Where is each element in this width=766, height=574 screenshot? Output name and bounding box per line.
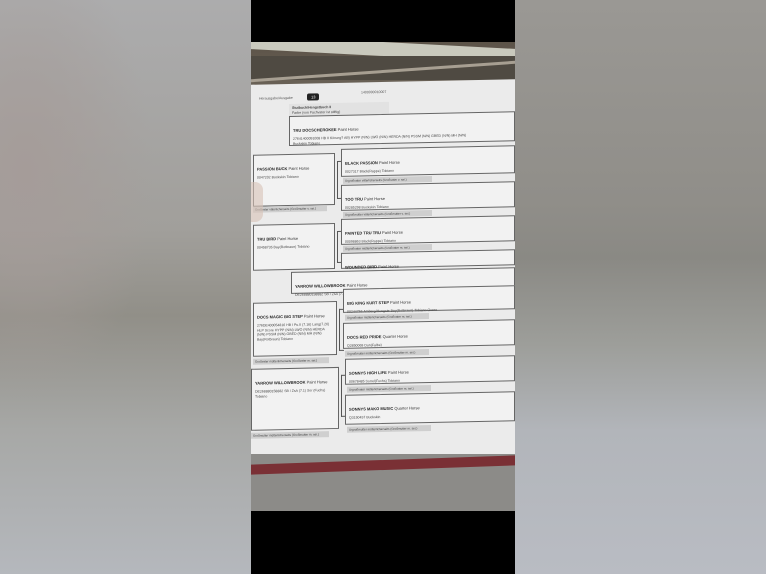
sire-details: 0047202 Buckskin Tobiano	[257, 174, 331, 180]
main-horse-box: TRU DOCSCHEROKEE Paint Horse 27641400091…	[289, 111, 515, 146]
dam-line-dam-name: YARROW WILLOWBROOK	[255, 380, 307, 386]
sire-dam-name: TOO TRU	[345, 196, 364, 201]
dam-line-dam-dam-breed: Quarter Horse	[394, 405, 419, 411]
dam-line-dam-details: DE268880158882 SB / ZsA (7.1) Sor (Fuchs…	[255, 388, 335, 399]
sire-line-dam-name: TRU BIRD	[257, 236, 277, 241]
dam-line-sire-dam-name: DOCS RED PRIDE	[347, 334, 383, 340]
dam-line-dam-dam-label: Urgroßmutter mütterlicherseits (Großmutt…	[347, 425, 431, 433]
dam-line-sire-name: DOCS MAGIC BIG STEP	[257, 314, 304, 320]
dam-line-dam-dam-name: SONNYS MAKO MUSIC	[349, 406, 394, 412]
dam-breed: Paint Horse	[347, 282, 368, 287]
pedigree-document: Herausgabe/Ausgabe 13 1400000010007 Stut…	[251, 79, 515, 495]
dam-line-sire-dam-details: Q2850069 Dun(Falbe)	[347, 340, 511, 348]
dam-name: YARROW WILLOWBROOK	[295, 283, 347, 289]
dam-line-dam-sire-name: SONNYS HIGH LIFE	[349, 370, 388, 376]
dam-line-dam-sire-breed: Paint Horse	[388, 369, 409, 374]
dam-line-sire-box: DOCS MAGIC BIG STEP Paint Horse 276DE400…	[253, 301, 337, 357]
dam-line-dam-label: Großmutter mütterlicherseits (Großmutter…	[251, 431, 329, 439]
sire-dam-breed: Paint Horse	[364, 196, 385, 201]
sire-dam-box: TOO TRU Paint Horse 00285298 Buckskin To…	[341, 181, 515, 211]
header-badge: 13	[307, 93, 319, 100]
sire-sire-name: BLACK PASSION	[345, 160, 379, 166]
sire-line-dam-details: 00458735 Bay(Rotbraun) Tobiano	[257, 244, 331, 250]
sire-breed: Paint Horse	[288, 166, 309, 171]
dam-line-sire-sire-breed: Paint Horse	[390, 299, 411, 304]
sire-sire-breed: Paint Horse	[379, 160, 400, 165]
blurred-background-left	[0, 0, 251, 574]
sire-name: PASSION BUCK	[257, 166, 288, 172]
photo-content: Herausgabe/Ausgabe 13 1400000010007 Stut…	[251, 42, 515, 511]
dam-line-dam-dam-box: SONNYS MAKO MUSIC Quarter Horse Q3150457…	[345, 391, 515, 425]
header-label: Herausgabe/Ausgabe	[259, 96, 293, 101]
dam-line-dam-sire-box: SONNYS HIGH LIFE Paint Horse 00678485 So…	[345, 355, 515, 385]
dam-sire-box: PAINTED TRU TRU Paint Horse 00098863 Bla…	[341, 215, 515, 245]
main-horse-breed: Paint Horse	[338, 127, 359, 132]
dam-line-dam-breed: Paint Horse	[307, 379, 328, 384]
sire-line-dam-box: TRU BIRD Paint Horse 00458735 Bay(Rotbra…	[253, 223, 335, 271]
dam-sire-breed: Paint Horse	[382, 230, 403, 235]
dam-line-sire-breed: Paint Horse	[304, 313, 325, 318]
dam-line-dam-sire-label: Urgroßvater mütterlicherseits (Großvater…	[347, 385, 431, 393]
dam-line-sire-details: 276DE400054816 HB I Pu.II (7.16) Lang(7.…	[257, 322, 333, 342]
dam-line-sire-sire-label: Urgroßvater mütterlicherseits (Großvater…	[345, 313, 429, 321]
sire-sire-box: BLACK PASSION Paint Horse 0027317 Black(…	[341, 145, 515, 177]
dam-dam-breed: Paint Horse	[378, 264, 399, 269]
dam-line-sire-sire-box: BIG KING KURT STEP Paint Horse 00244756 …	[343, 285, 515, 313]
sire-line-dam-breed: Paint Horse	[277, 236, 298, 241]
dam-dam-box: WOUNDED BIRD Paint Horse Sorrel(Fuchs) T…	[341, 249, 515, 269]
blurred-background-right	[515, 0, 766, 574]
dam-line-sire-dam-label: Urgroßmutter mütterlicherseits (Großmutt…	[345, 349, 429, 357]
dam-line-sire-label: Großvater mütterlicherseits (Großvater m…	[253, 357, 329, 365]
dam-line-sire-dam-box: DOCS RED PRIDE Quarter Horse Q2850069 Du…	[343, 319, 515, 349]
dam-line-dam-box: YARROW WILLOWBROOK Paint Horse DE2688801…	[251, 367, 339, 431]
registration-number-top: 1400000010007	[361, 90, 386, 95]
dam-line-sire-sire-name: BIG KING KURT STEP	[347, 300, 390, 306]
dam-line-dam-dam-details: Q3150457 Buckskin	[349, 412, 511, 420]
pedigree-photo: Herausgabe/Ausgabe 13 1400000010007 Stut…	[251, 0, 515, 574]
main-horse-name: TRU DOCSCHEROKEE	[293, 127, 338, 133]
sire-label: Großvater väterlicherseits (Großmutter v…	[253, 205, 327, 213]
dam-dam-name: WOUNDED BIRD	[345, 264, 378, 270]
dam-line-sire-dam-breed: Quarter Horse	[383, 333, 408, 339]
dam-line-dam-sire-details: 00678485 Sorrel(Fuchs) Tobiano	[349, 376, 511, 384]
dam-line-sire-sire-details: 00244756 Amberg/Hengste Bay(Rotbraun) To…	[347, 306, 511, 314]
finger	[251, 182, 263, 222]
dam-sire-name: PAINTED TRU TRU	[345, 230, 382, 236]
sire-box: PASSION BUCK Paint Horse 0047202 Buckski…	[253, 153, 335, 207]
sire-sire-details: 0027317 Black(Rappe) Tobiano	[345, 166, 511, 174]
